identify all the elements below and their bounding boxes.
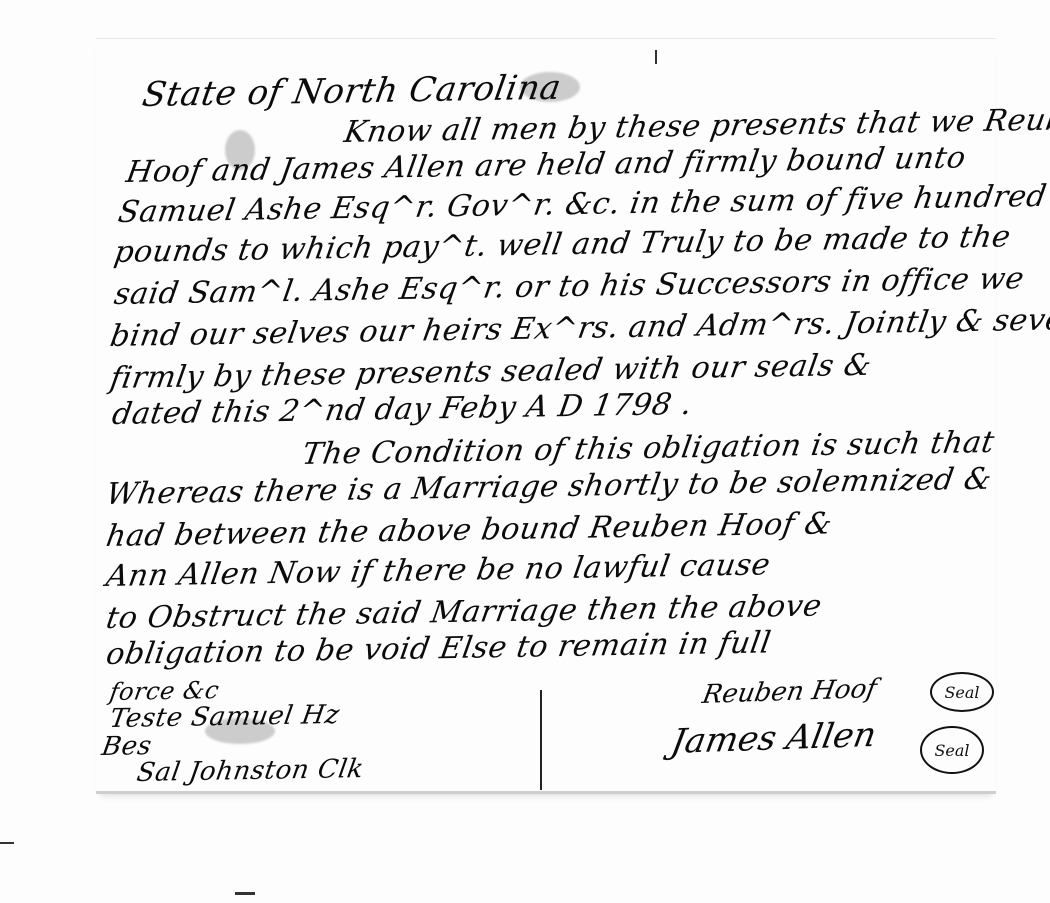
- stray-mark: [0, 842, 14, 844]
- divider-line: [540, 690, 542, 790]
- document-heading: State of North Carolina: [140, 71, 564, 112]
- stray-mark: [655, 50, 657, 64]
- scanned-document: State of North Carolina Know all men by …: [0, 0, 1050, 903]
- signature-reuben-hoof: Reuben Hoof: [700, 674, 879, 710]
- witness-line: force &c: [108, 678, 221, 704]
- stray-mark: [235, 892, 255, 895]
- seal-icon: Seal: [920, 726, 984, 774]
- signature-james-allen: James Allen: [668, 715, 879, 762]
- seal-icon: Seal: [930, 672, 994, 712]
- witness-line: Teste Samuel Hz: [108, 702, 342, 732]
- witness-line: Bes: [100, 733, 154, 760]
- witness-line: Sal Johnston Clk: [135, 756, 366, 786]
